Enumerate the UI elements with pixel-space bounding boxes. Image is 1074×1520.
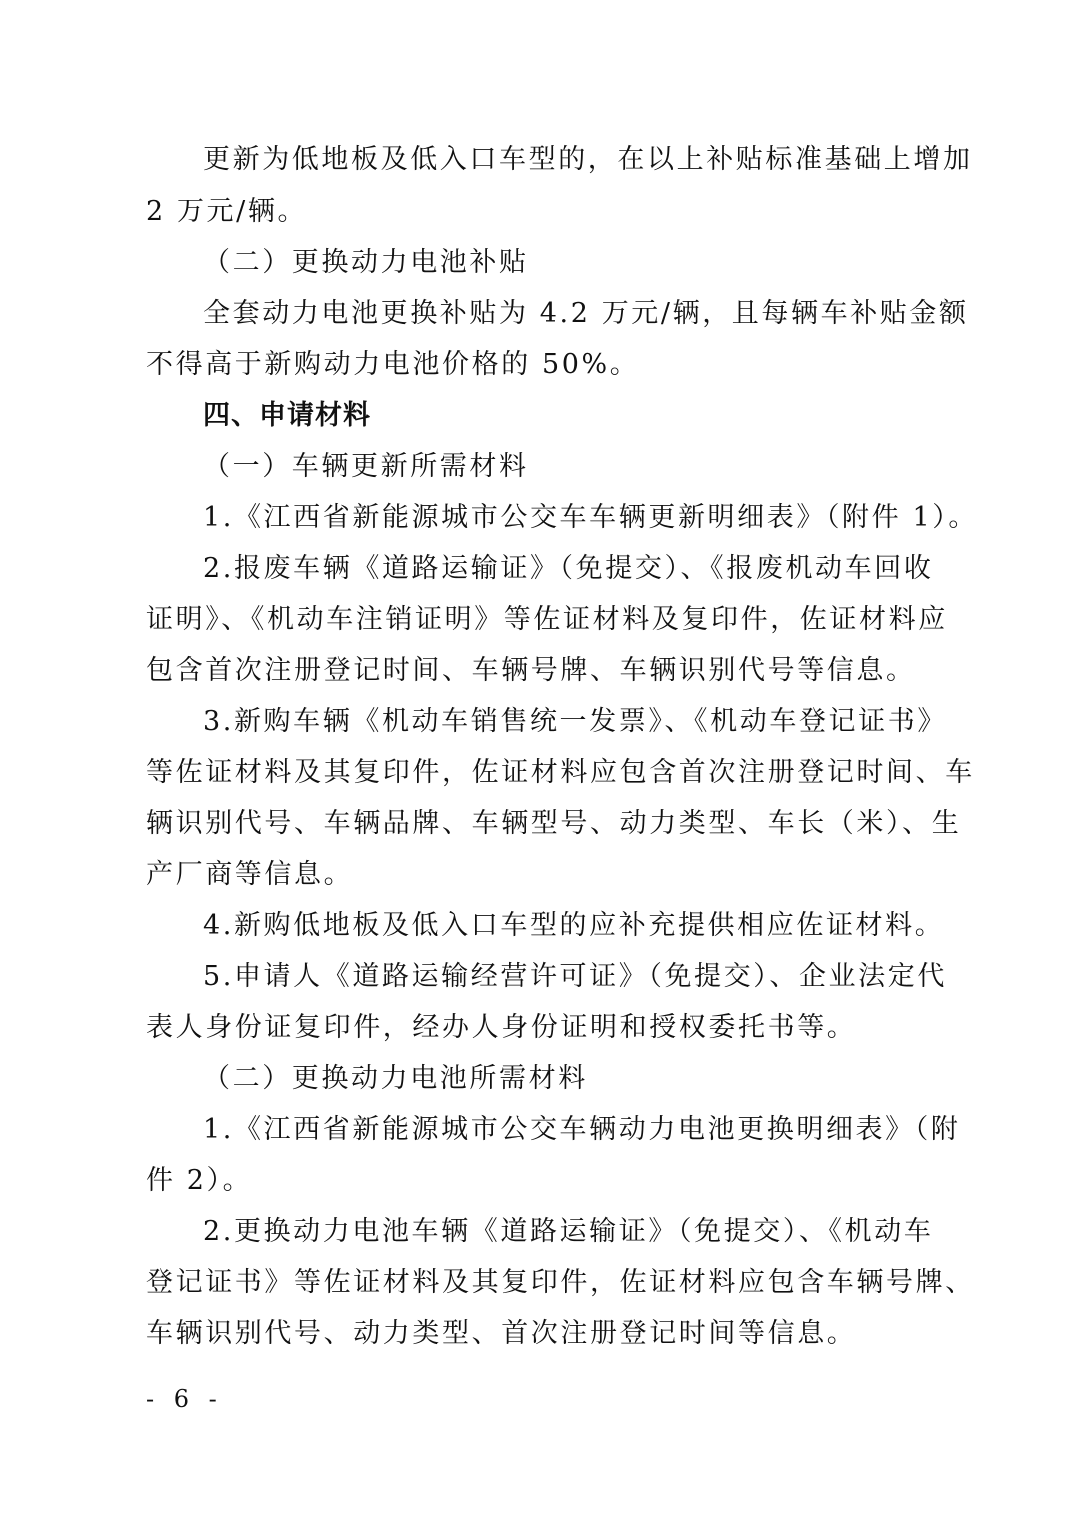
section-heading: 四、申请材料 [203, 399, 1003, 433]
list-item: 3.新购车辆《机动车销售统一发票》、《机动车登记证书》 [203, 705, 1003, 739]
list-item: 2.报废车辆《道路运输证》（免提交）、《报废机动车回收 [203, 552, 1003, 586]
list-item: 4.新购低地板及低入口车型的应补充提供相应佐证材料。 [203, 909, 1003, 943]
subsection-heading: （一）车辆更新所需材料 [203, 450, 1003, 484]
paragraph-line: 包含首次注册登记时间、车辆号牌、车辆识别代号等信息。 [146, 654, 946, 688]
paragraph-line: 全套动力电池更换补贴为 4.2 万元/辆，且每辆车补贴金额 [203, 297, 1003, 331]
list-item: 2.更换动力电池车辆《道路运输证》（免提交）、《机动车 [203, 1215, 1003, 1249]
subsection-heading: （二）更换动力电池补贴 [203, 246, 1003, 280]
paragraph-line: 不得高于新购动力电池价格的 50%。 [146, 348, 946, 382]
subsection-heading: （二）更换动力电池所需材料 [203, 1062, 1003, 1096]
paragraph-line: 2 万元/辆。 [146, 195, 946, 229]
paragraph-line: 车辆识别代号、动力类型、首次注册登记时间等信息。 [146, 1317, 946, 1351]
paragraph-line: 件 2）。 [146, 1164, 946, 1198]
paragraph-line: 等佐证材料及其复印件，佐证材料应包含首次注册登记时间、车 [146, 756, 946, 790]
paragraph-line: 登记证书》等佐证材料及其复印件，佐证材料应包含车辆号牌、 [146, 1266, 946, 1300]
page-number: - 6 - [146, 1385, 223, 1413]
paragraph-line: 更新为低地板及低入口车型的，在以上补贴标准基础上增加 [203, 143, 1003, 177]
paragraph-line: 产厂商等信息。 [146, 858, 946, 892]
document-page: 更新为低地板及低入口车型的，在以上补贴标准基础上增加 2 万元/辆。 （二）更换… [0, 0, 1074, 1520]
list-item: 1.《江西省新能源城市公交车车辆更新明细表》（附件 1）。 [203, 501, 1003, 535]
paragraph-line: 表人身份证复印件，经办人身份证明和授权委托书等。 [146, 1011, 946, 1045]
list-item: 1.《江西省新能源城市公交车辆动力电池更换明细表》（附 [203, 1113, 1003, 1147]
paragraph-line: 辆识别代号、车辆品牌、车辆型号、动力类型、车长（米）、生 [146, 807, 946, 841]
paragraph-line: 证明》、《机动车注销证明》等佐证材料及复印件，佐证材料应 [146, 603, 946, 637]
list-item: 5.申请人《道路运输经营许可证》（免提交）、企业法定代 [203, 960, 1003, 994]
